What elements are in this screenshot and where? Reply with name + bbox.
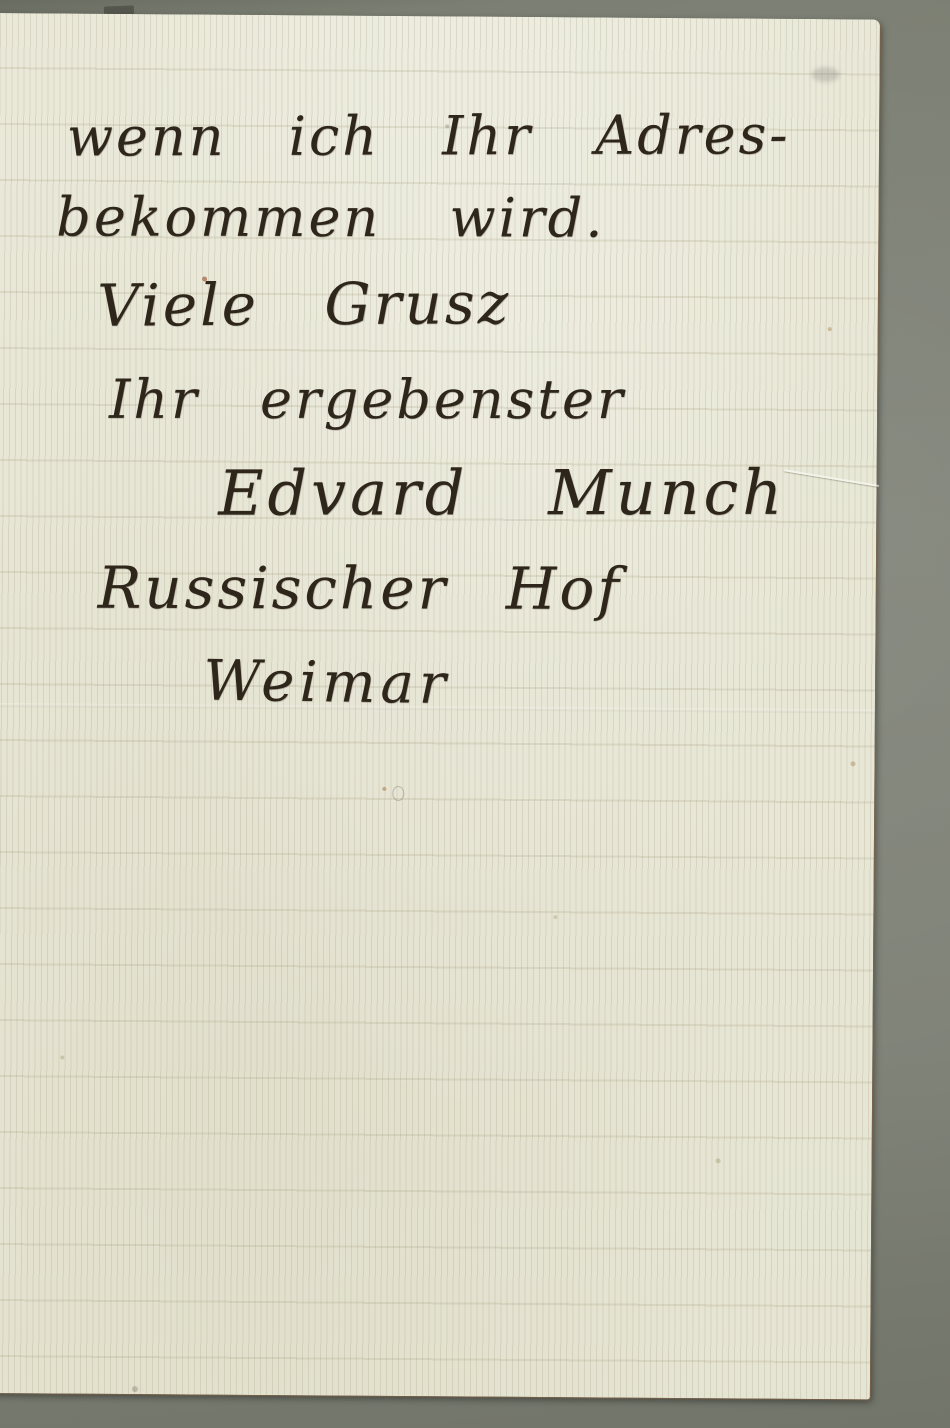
letter-page: wenn ich Ihr Adres- bekommen wird. Viele… xyxy=(0,13,880,1399)
handwritten-line-3: Viele Grusz xyxy=(97,269,511,340)
foxing-speck xyxy=(382,787,386,791)
foxing-speck xyxy=(553,915,557,919)
smudge-mark xyxy=(812,67,840,82)
foxing-speck xyxy=(445,124,449,128)
handwritten-line-6: Russischer Hof xyxy=(98,554,622,623)
handwritten-line-4: Ihr ergebenster xyxy=(109,368,626,431)
signature-line: Edvard Munch xyxy=(218,456,786,530)
foxing-speck xyxy=(60,1056,64,1060)
foxing-speck xyxy=(828,327,832,331)
edge-crease xyxy=(784,469,879,487)
scan-background: wenn ich Ihr Adres- bekommen wird. Viele… xyxy=(0,0,950,1428)
foxing-speck xyxy=(716,1158,721,1163)
pencil-mark xyxy=(392,786,404,801)
foxing-speck xyxy=(851,761,856,766)
foxing-speck xyxy=(132,1386,138,1392)
handwritten-line-1: wenn ich Ihr Adres- xyxy=(67,103,791,168)
handwritten-line-2: bekommen wird. xyxy=(56,185,605,249)
foxing-speck xyxy=(202,277,207,282)
